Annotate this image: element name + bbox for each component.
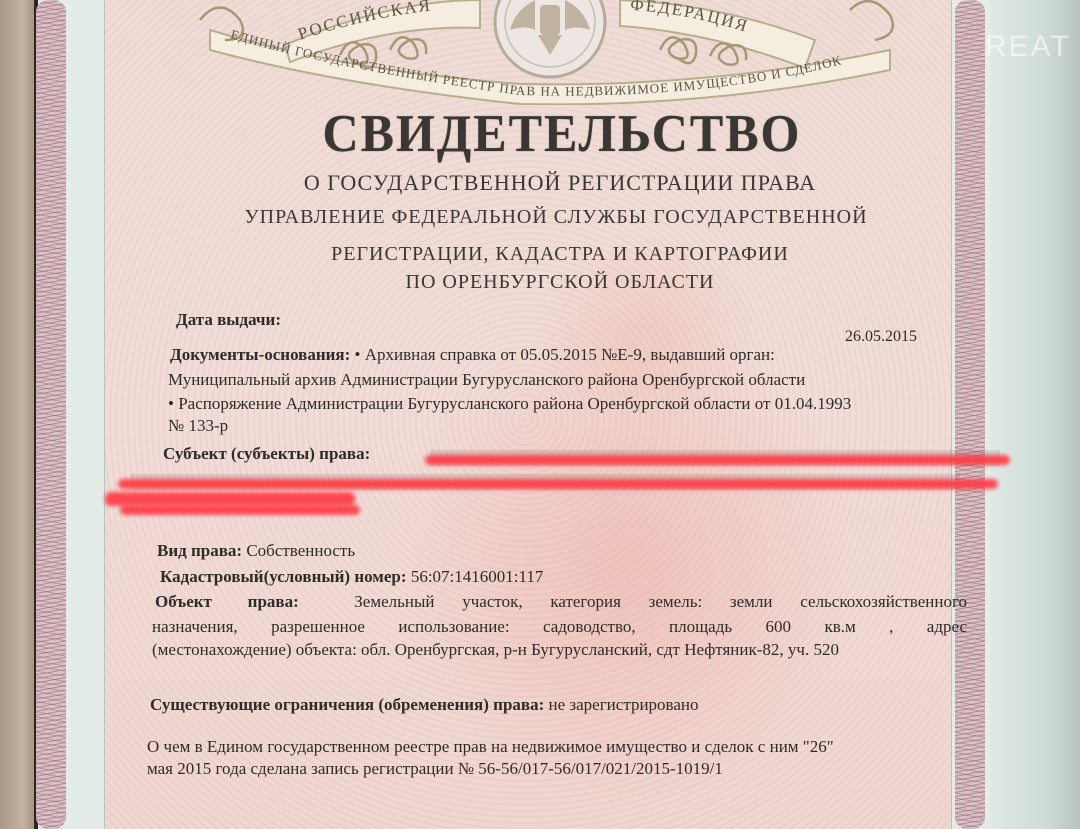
agency-line-2: РЕГИСТРАЦИИ, КАДАСТРА И КАРТОГРАФИИ: [20, 243, 1080, 266]
record-line-2: мая 2015 года сделана запись регистрации…: [147, 759, 723, 779]
basis-line-1: Документы-основания: • Архивная справка …: [170, 345, 775, 365]
redaction-mark: [105, 492, 355, 506]
cadastral-row: Кадастровый(условный) номер: 56:07:14160…: [160, 567, 543, 587]
redaction-mark: [120, 505, 360, 515]
encumbrance-label: Существующие ограничения (обременения) п…: [150, 695, 544, 714]
object-value-1: Земельный участок, категория земель: зем…: [354, 592, 967, 611]
issue-date-value: 26.05.2015: [845, 328, 917, 346]
right-type-label: Вид права:: [157, 541, 242, 560]
redaction-mark: [425, 455, 1010, 465]
agency-line-3: ПО ОРЕНБУРГСКОЙ ОБЛАСТИ: [20, 271, 1080, 294]
document-title: СВИДЕТЕЛЬСТВО: [22, 103, 1080, 164]
basis-line-3: • Распоряжение Администрации Бугурусланс…: [168, 394, 851, 414]
object-label: Объект права:: [155, 592, 299, 611]
right-type-row: Вид права: Собственность: [157, 541, 355, 561]
encumbrance-value: не зарегистрировано: [549, 695, 699, 714]
basis-line-4: № 133-р: [168, 416, 228, 436]
agency-line-1: УПРАВЛЕНИЕ ФЕДЕРАЛЬНОЙ СЛУЖБЫ ГОСУДАРСТВ…: [16, 206, 1080, 229]
encumbrance-row: Существующие ограничения (обременения) п…: [150, 695, 699, 715]
watermark: REAT: [985, 30, 1071, 64]
basis-line-2: Муниципальный архив Администрации Бугуру…: [168, 370, 805, 390]
object-line-3: (местонахождение) объекта: обл. Оренбург…: [152, 640, 839, 660]
object-line-2: назначения, разрешенное использование: с…: [152, 617, 967, 637]
basis-item-1: • Архивная справка от 05.05.2015 №Е-9, в…: [355, 345, 775, 364]
basis-label: Документы-основания:: [170, 345, 350, 364]
redaction-mark: [118, 479, 998, 489]
cadastral-value: 56:07:1416001:117: [411, 567, 544, 586]
subject-label: Субъект (субъекты) права:: [163, 444, 370, 464]
header-banner: РОССИЙСКАЯ ФЕДЕРАЦИЯ ЕДИНЫЙ ГОСУДАРСТВЕН…: [190, 0, 910, 105]
right-type-value: Собственность: [246, 541, 355, 560]
cadastral-label: Кадастровый(условный) номер:: [160, 567, 407, 586]
issue-date-label: Дата выдачи:: [176, 310, 281, 330]
record-line-1: О чем в Едином государственном реестре п…: [147, 737, 834, 757]
object-line-1: Объект права: Земельный участок, категор…: [155, 592, 967, 612]
document-subtitle: О ГОСУДАРСТВЕННОЙ РЕГИСТРАЦИИ ПРАВА: [20, 170, 1080, 196]
